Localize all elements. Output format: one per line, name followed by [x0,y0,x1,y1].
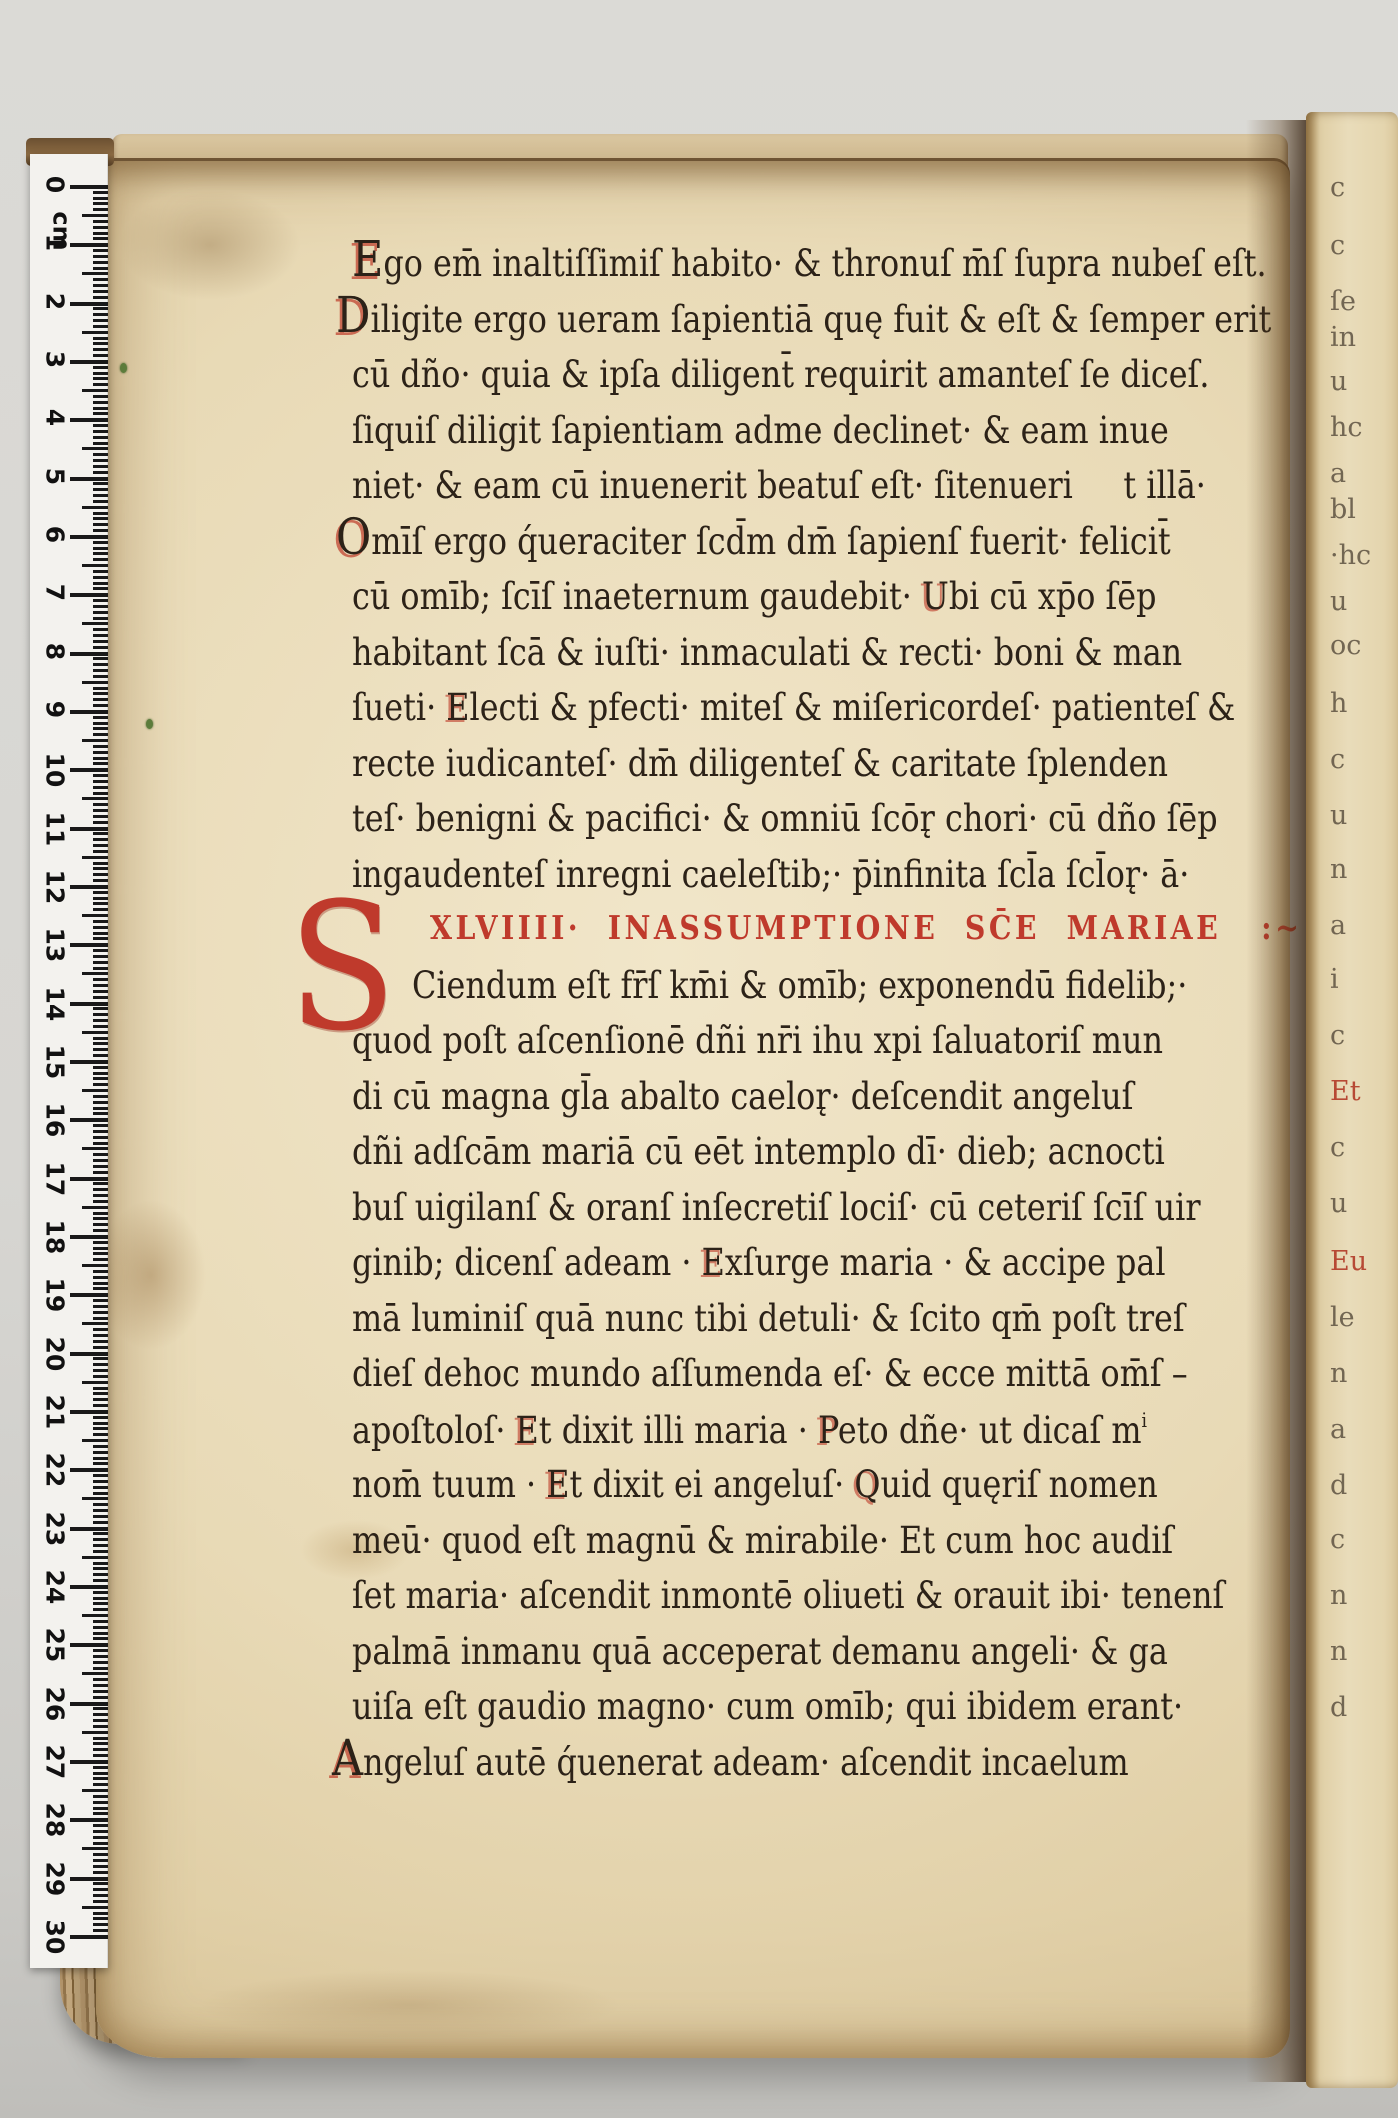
ruler-tick [93,1865,108,1868]
facing-page-text-fragment: h [1330,688,1347,719]
ruler-tick [93,1620,108,1623]
ruler-number: 11 [41,811,70,841]
ruler-tick [93,1247,108,1250]
gutter-shadow [1246,120,1308,2082]
ruler-tick [93,395,108,398]
ruler-tick [93,1725,108,1728]
ruler-tick [93,517,108,520]
facing-page-text-fragment: le [1330,1302,1355,1333]
ruler-tick [93,1637,108,1640]
ruler-tick [82,1031,108,1034]
ruler-tick [93,1667,108,1670]
ruler-tick [93,1649,108,1652]
ruler-number: 18 [41,1219,70,1249]
text-line: apoſtoloſ· Et dixit illi maria · Peto dñ… [352,1408,1147,1452]
ruler-tick [93,1521,108,1524]
ruler-number: 30 [41,1919,70,1949]
ruler-tick [93,932,108,935]
ruler-number: 7 [41,578,70,608]
text-line: recte iudicanteſ· dm̄ diligenteſ & carit… [352,742,1168,785]
ruler-tick [93,1007,108,1010]
ruler-tick [93,1369,108,1372]
ruler-tick [93,1282,108,1285]
text-line: meū· quod eſt magnū & mirabile· Et cum h… [352,1519,1173,1562]
ruler-tick [82,1731,108,1734]
ruler-tick [93,249,108,252]
ruler-tick [93,990,108,993]
ruler-tick [93,1317,108,1320]
ruler-tick [70,1118,108,1122]
ruler: 0123456789101112131415161718192021222324… [30,154,108,1968]
ruler-tick [93,955,108,958]
ruler-number: 17 [41,1161,70,1191]
ruler-tick [93,1182,108,1185]
ruler-tick [93,226,108,229]
ruler-tick [82,1089,108,1092]
ruler-tick [93,1136,108,1139]
ruler-tick [93,873,108,876]
text-line: di cū magna gl̄a abalto caelor̨· deſcend… [352,1075,1133,1118]
ruler-tick [93,407,108,410]
ruler-tick [93,675,108,678]
text-line: ginib; dicenſ adeam · Exſurge maria · & … [352,1241,1166,1284]
ruler-tick [93,961,108,964]
facing-page-text-fragment: n [1330,1636,1347,1667]
ruler-tick [93,599,108,602]
facing-page-text-fragment: ſe [1330,286,1356,317]
ruler-tick [93,1678,108,1681]
ruler-tick [93,949,108,952]
ruler-tick [93,453,108,456]
ruler-tick [70,885,108,889]
ruler-tick [93,465,108,468]
ruler-tick [93,1305,108,1308]
ruler-tick [93,232,108,235]
ruler-tick [82,1906,108,1909]
ruler-tick [93,1579,108,1582]
ruler-tick [93,1217,108,1220]
ruler-tick [70,1177,108,1181]
ruler-tick [93,220,108,223]
ruler-tick [93,1696,108,1699]
ruler-tick [70,768,108,772]
ruler-tick [93,1200,108,1203]
ruler-tick [93,1112,108,1115]
ruler-tick [93,1772,108,1775]
ruler-number: 3 [41,344,70,374]
text-line: cū omīb; ſcīſ inaeternum gaudebit· Ubi c… [352,575,1156,618]
ruler-tick [70,1877,108,1881]
ruler-tick [93,844,108,847]
ruler-unit-label: cm [48,211,76,250]
facing-page-text-fragment: d [1330,1470,1347,1501]
ruler-tick [93,1375,108,1378]
ruler-tick [93,541,108,544]
text-line: mā luminiſ quā nunc tibi detuli· & ſcito… [352,1297,1185,1340]
ruler-tick [93,1713,108,1716]
facing-page-text-fragment: c [1330,744,1345,775]
ruler-number: 16 [41,1103,70,1133]
ruler-tick [93,821,108,824]
ruler-tick [93,1223,108,1226]
ruler-tick [82,214,108,217]
facing-page-text-fragment: a [1330,1414,1346,1445]
ruler-tick [93,208,108,211]
text-line: teſ· benigni & pacifici· & omniū ſcōr̨ c… [352,797,1218,840]
text-block: Ego em̄ inaltiſſimiſ habito· & thronuſ m… [0,0,1398,2118]
ruler-tick [93,1684,108,1687]
ruler-number: 25 [41,1628,70,1658]
ruler-tick [93,937,108,940]
ruler-tick [93,1544,108,1547]
ruler-tick [93,1591,108,1594]
ruler-number: 20 [41,1336,70,1366]
ruler-tick [93,1894,108,1897]
ruler-tick [93,1567,108,1570]
ruler-tick [93,1795,108,1798]
ruler-tick [93,1923,108,1926]
ruler-tick [93,1142,108,1145]
ruler-tick [93,383,108,386]
text-line: cū dño· quia & ipſa diligent̄ requirit a… [352,353,1209,396]
ruler-number: 23 [41,1511,70,1541]
ruler-tick [93,1853,108,1856]
facing-page-sliver: ccſeinuhcabl·hcuochcunaicEtcuEulenadcnnd [1306,112,1398,2088]
ruler-tick [93,1252,108,1255]
facing-page-text-fragment: i [1330,964,1339,995]
ruler-tick [93,337,108,340]
text-line: palmā inmanu quā acceperat demanu angeli… [352,1630,1168,1673]
ruler-number: 26 [41,1686,70,1716]
ruler-tick [93,237,108,240]
ruler-tick [93,1241,108,1244]
ruler-tick [93,1766,108,1769]
ruler-tick [93,1416,108,1419]
ruler-tick [82,564,108,567]
ruler-tick [93,278,108,281]
manuscript-photo: Ego em̄ inaltiſſimiſ habito· & thronuſ m… [0,0,1398,2118]
ruler-tick [93,687,108,690]
ruler-tick [93,372,108,375]
facing-page-text-fragment: c [1330,1132,1345,1163]
facing-page-text-fragment: a [1330,458,1346,489]
ruler-tick [93,412,108,415]
ruler-tick [93,325,108,328]
ruler-tick [93,1194,108,1197]
ruler-tick [93,1859,108,1862]
ruler-tick [93,191,108,194]
ruler-tick [93,1287,108,1290]
ruler-tick [93,1334,108,1337]
ruler-tick [93,1661,108,1664]
ruler-tick [93,984,108,987]
ruler-tick [93,605,108,608]
ruler-tick [93,1077,108,1080]
ruler-tick [93,1037,108,1040]
facing-page-text-fragment: a [1330,910,1346,941]
ruler-tick [93,757,108,760]
ruler-tick [93,267,108,270]
ruler-number: 6 [41,519,70,549]
ruler-tick [93,850,108,853]
ruler-tick [82,681,108,684]
ruler-tick [93,1515,108,1518]
ruler-tick [93,1842,108,1845]
ruler-tick [93,1801,108,1804]
ruler-tick [93,290,108,293]
ruler-tick [93,1632,108,1635]
ruler-tick [70,243,108,247]
ruler-tick [93,1929,108,1932]
ruler-tick [93,197,108,200]
ruler-tick [93,494,108,497]
facing-page-text-fragment: hc [1330,412,1363,443]
ruler-tick [93,319,108,322]
ruler-tick [93,774,108,777]
ruler-tick [93,1066,108,1069]
facing-page-text-fragment: oc [1330,630,1361,661]
ruler-tick [70,1235,108,1239]
ruler-tick [93,617,108,620]
ruler-tick [93,815,108,818]
ruler-tick [93,1462,108,1465]
ruler-tick [93,716,108,719]
text-line: ſet maria· aſcendit inmontē oliueti & or… [352,1574,1224,1617]
text-line: Angeluſ autē q́uenerat adeam· aſcendit i… [332,1741,1129,1784]
ruler-tick [93,611,108,614]
ruler-tick [93,1311,108,1314]
ruler-tick [93,762,108,765]
facing-page-text-fragment: Eu [1330,1246,1367,1277]
ruler-tick [93,500,108,503]
ruler-tick [93,1229,108,1232]
ruler-tick [93,867,108,870]
ruler-tick [93,1433,108,1436]
ruler-tick [93,552,108,555]
ruler-tick [70,710,108,714]
ruler-number: 5 [41,461,70,491]
ruler-tick [93,692,108,695]
facing-page-text-fragment: n [1330,854,1347,885]
facing-page-text-fragment: ·hc [1330,540,1371,571]
ruler-tick [70,1468,108,1472]
ruler-tick [93,1824,108,1827]
ruler-tick [93,1748,108,1751]
ruler-tick [93,704,108,707]
ruler-tick [93,908,108,911]
ruler-tick [93,296,108,299]
ruler-number: 27 [41,1744,70,1774]
ruler-tick [93,1486,108,1489]
ruler-tick [93,1626,108,1629]
text-line: ſiquiſ diligit ſapientiam adme declinet·… [352,409,1169,452]
text-line: dieſ dehoc mundo aſſumenda eſ· & ecce mi… [352,1352,1188,1395]
ruler-tick [82,1322,108,1325]
ruler-tick [93,1159,108,1162]
ruler-tick [93,1888,108,1891]
ruler-tick [93,488,108,491]
ruler-tick [70,1410,108,1414]
ruler-tick [93,1258,108,1261]
ruler-number: 0 [41,170,70,200]
ruler-tick [93,1807,108,1810]
ruler-tick [93,558,108,561]
text-line: Diligite ergo ueram ſapientiā quę fuit &… [336,298,1271,341]
ruler-tick [82,389,108,392]
ruler-tick [93,261,108,264]
ruler-tick [93,1387,108,1390]
ruler-tick [93,1690,108,1693]
ruler-tick [93,1083,108,1086]
ruler-tick [93,1573,108,1576]
ruler-tick [70,1818,108,1822]
facing-page-text-fragment: bl [1330,494,1356,525]
ruler-tick [93,1270,108,1273]
ruler-tick [93,313,108,316]
ruler-tick [70,1760,108,1764]
ruler-tick [93,354,108,357]
ruler-tick [82,331,108,334]
ruler-tick [93,1474,108,1477]
ruler-tick [93,1492,108,1495]
ruler-tick [93,1719,108,1722]
ruler-tick [93,471,108,474]
ruler-tick [93,1602,108,1605]
ruler-tick [70,302,108,306]
ruler-tick [93,1422,108,1425]
ruler-tick [93,424,108,427]
ruler-tick [82,972,108,975]
ruler-tick [93,1398,108,1401]
ruler-tick [82,914,108,917]
ruler-tick [93,284,108,287]
ruler-tick [93,1836,108,1839]
ruler-number: 19 [41,1278,70,1308]
ruler-tick [82,1672,108,1675]
ruler-number: 24 [41,1569,70,1599]
ruler-tick [70,1585,108,1589]
ruler-tick [93,1742,108,1745]
ruler-tick [93,978,108,981]
facing-page-text-fragment: n [1330,1580,1347,1611]
ruler-tick [93,459,108,462]
ruler-tick [93,698,108,701]
text-line: Ciendum eſt fr̄ſ km̄i & omīb; exponendū … [412,964,1187,1007]
ruler-tick [93,751,108,754]
ruler-tick [70,1935,108,1939]
ruler-tick [93,307,108,310]
ruler-tick [93,1276,108,1279]
ruler-number: 14 [41,986,70,1016]
ruler-tick [93,1153,108,1156]
ruler-number: 8 [41,636,70,666]
facing-page-text-fragment: c [1330,172,1345,203]
ruler-tick [93,1013,108,1016]
facing-page-text-fragment: c [1330,230,1345,261]
ruler-number: 21 [41,1394,70,1424]
ruler-tick [93,1019,108,1022]
ruler-tick [93,512,108,515]
ruler-tick [93,576,108,579]
facing-page-text-fragment: c [1330,1524,1345,1555]
ruler-tick [93,1165,108,1168]
facing-page-text-fragment: u [1330,800,1347,831]
ruler-tick [93,669,108,672]
ruler-tick [93,1212,108,1215]
ruler-tick [82,622,108,625]
ruler-tick [93,1054,108,1057]
ruler-tick [93,1107,108,1110]
text-line: ingaudenteſ inregni caeleſtib;· p̄infini… [352,853,1189,896]
ruler-tick [93,1427,108,1430]
ruler-tick [93,803,108,806]
ruler-tick [82,1789,108,1792]
ruler-tick [93,377,108,380]
ruler-tick [93,401,108,404]
ruler-tick [93,838,108,841]
ruler-number: 28 [41,1803,70,1833]
text-line: habitant ſcā & iuſti· inmaculati & recti… [352,631,1182,674]
ruler-tick [70,360,108,364]
ruler-number: 22 [41,1453,70,1483]
ruler-tick [82,272,108,275]
facing-page-text-fragment: u [1330,586,1347,617]
ruler-tick [70,1702,108,1706]
ruler-tick [70,652,108,656]
ruler-number: 4 [41,403,70,433]
ruler-tick [93,1340,108,1343]
ruler-tick [93,1072,108,1075]
ruler-tick [70,1002,108,1006]
ruler-tick [93,786,108,789]
ruler-number: 13 [41,928,70,958]
ruler-tick [93,570,108,573]
ruler-tick [93,862,108,865]
ruler-tick [82,1381,108,1384]
ruler-tick [93,646,108,649]
ruler-tick [82,739,108,742]
ruler-tick [82,1147,108,1150]
ruler-tick [93,342,108,345]
facing-page-text-fragment: in [1330,322,1356,353]
rubric-line: XLVIIII· INASSUMPTIONE SC̄E MARIAE :~ [430,908,1302,947]
ruler-tick [93,202,108,205]
ruler-tick [93,780,108,783]
ruler-tick [93,1754,108,1757]
ruler-tick [93,523,108,526]
ruler-tick [93,1562,108,1565]
ruler-tick [93,547,108,550]
ruler-tick [93,1882,108,1885]
ruler-tick [93,792,108,795]
ruler-tick [93,1328,108,1331]
ruler-tick [93,634,108,637]
ruler-tick [93,1783,108,1786]
ruler-tick [93,1777,108,1780]
ruler-tick [70,1352,108,1356]
ruler-tick [93,1357,108,1360]
ruler-tick [93,430,108,433]
ruler-tick [70,1643,108,1647]
facing-page-text-fragment: u [1330,366,1347,397]
facing-page-text-fragment: n [1330,1358,1347,1389]
text-line: nom̄ tuum · Et dixit ei angeluſ· Quid qu… [352,1463,1158,1506]
facing-page-text-fragment: Et [1330,1076,1361,1107]
ruler-tick [93,529,108,532]
ruler-tick [93,967,108,970]
ruler-number: 9 [41,694,70,724]
ruler-tick [93,745,108,748]
